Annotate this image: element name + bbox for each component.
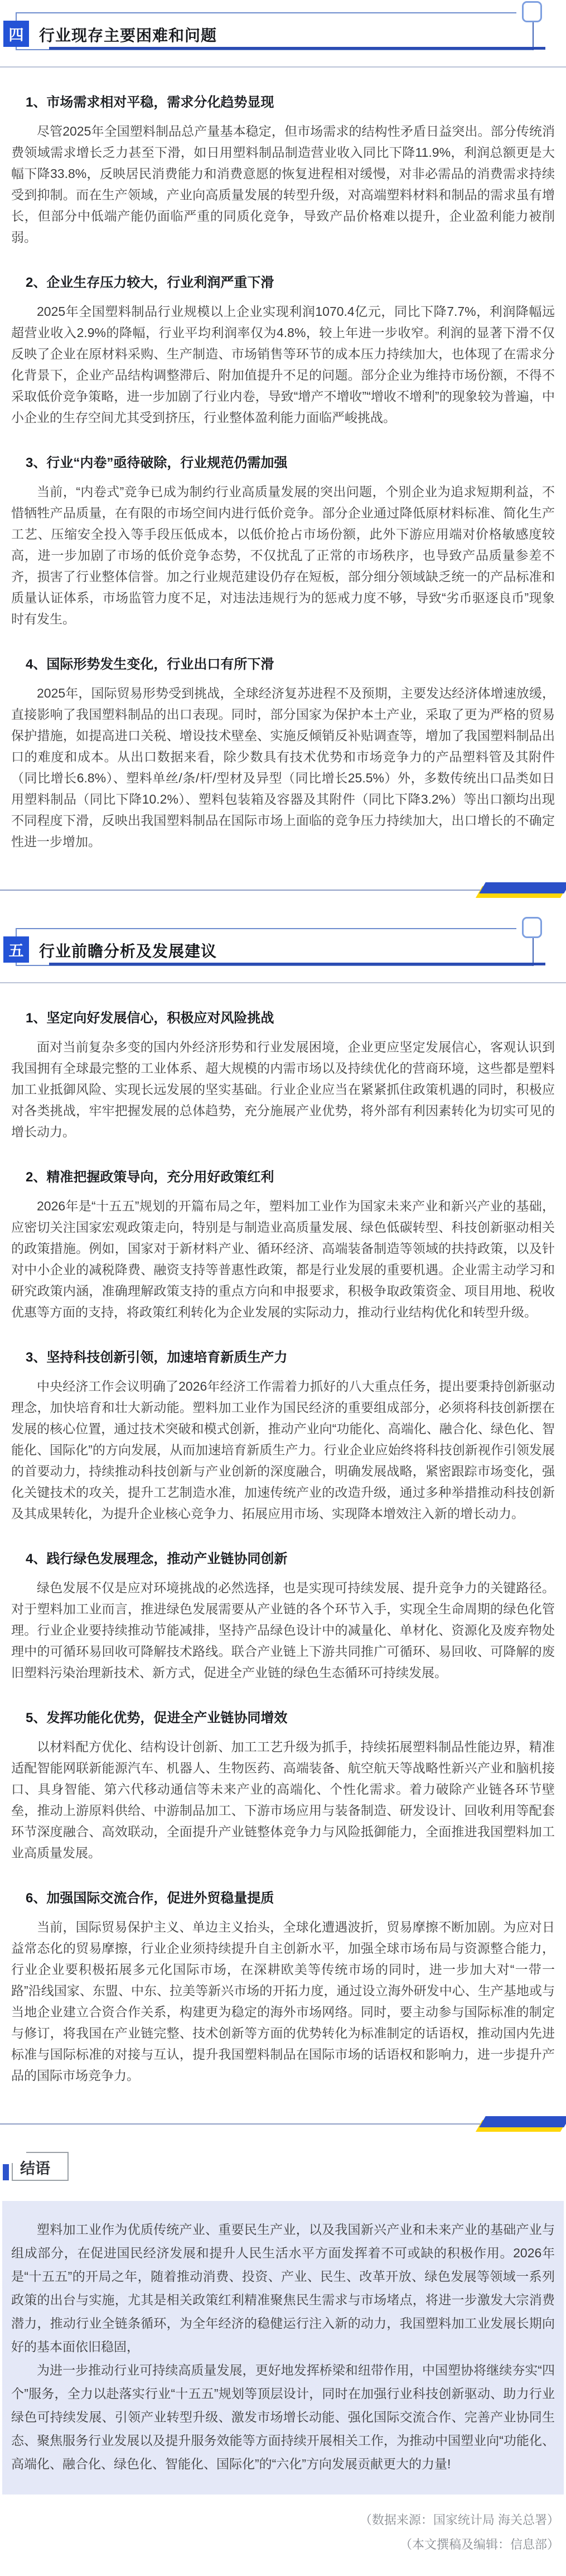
spacer bbox=[0, 900, 566, 916]
subsection-heading: 4、践行绿色发展理念，推动产业链协同创新 bbox=[26, 1547, 555, 1567]
paragraph: 绿色发展不仅是应对环境挑战的必然选择，也是实现可持续发展、提升竞争力的关键路径。… bbox=[11, 1577, 555, 1683]
footer-source: （数据来源：国家统计局 海关总署） bbox=[0, 2508, 559, 2532]
conclusion-paragraph: 为进一步推动行业可持续高质量发展，更好地发挥桥梁和纽带作用，中国塑协将继续夯实“… bbox=[11, 2358, 555, 2476]
frame-line bbox=[533, 938, 534, 966]
section-divider bbox=[0, 881, 566, 900]
frame-gap bbox=[11, 2151, 14, 2163]
section4-header: 四 行业现存主要困难和问题 bbox=[0, 0, 566, 60]
article-footer: （数据来源：国家统计局 海关总署） （本文撰稿及编辑：信息部） bbox=[0, 2508, 559, 2557]
horizontal-rule bbox=[0, 982, 566, 983]
paragraph: 2026年是“十五五”规划的开篇布局之年，塑料加工业作为国家未来产业和新兴产业的… bbox=[11, 1195, 555, 1323]
paragraph: 当前，“内卷式”竞争已成为制约行业高质量发展的突出问题，个别企业为追求短期利益，… bbox=[11, 481, 555, 629]
divider-blue-accent bbox=[479, 2116, 566, 2127]
frame-line bbox=[16, 12, 516, 13]
horizontal-rule bbox=[0, 66, 566, 68]
conclusion-box: 塑料加工业作为优质传统产业、重要民生产业，以及我国新兴产业和未来产业的基础产业与… bbox=[2, 2201, 564, 2495]
subsection-heading: 2、企业生存压力较大，行业利润严重下滑 bbox=[26, 271, 555, 291]
section-divider bbox=[0, 2115, 566, 2134]
subsection-heading: 5、发挥功能化优势，促进全产业链协同增效 bbox=[26, 1707, 555, 1726]
paragraph: 中央经济工作会议明确了2026年经济工作需着力抓好的八大重点任务，提出要秉持创新… bbox=[11, 1376, 555, 1524]
section-title: 行业现存主要困难和问题 bbox=[39, 23, 217, 46]
conclusion-title: 结语 bbox=[20, 2156, 50, 2178]
paragraph: 2025年全国塑料制品行业规模以上企业实现利润1070.4亿元，同比下降7.7%… bbox=[11, 301, 555, 428]
paragraph: 2025年，国际贸易形势受到挑战，全球经济复苏进程不及预期，主要发达经济体增速放… bbox=[11, 683, 555, 852]
conclusion-blue-bar bbox=[3, 2164, 9, 2180]
conclusion-header: 结语 bbox=[0, 2144, 566, 2192]
section-number-badge: 四 bbox=[3, 21, 29, 47]
section-title: 行业前瞻分析及发展建议 bbox=[39, 939, 217, 962]
paragraph: 当前，国际贸易保护主义、单边主义抬头，全球化遭遇波折，贸易摩擦不断加剧。为应对日… bbox=[11, 1916, 555, 2086]
corner-box-icon bbox=[522, 917, 542, 938]
subsection-heading: 3、行业“内卷”亟待破除，行业规范仍需加强 bbox=[26, 451, 555, 471]
subsection-heading: 2、精准把握政策导向，充分用好政策红利 bbox=[26, 1166, 555, 1185]
paragraph: 尽管2025年全国塑料制品总产量基本稳定，但市场需求的结构性矛盾日益突出。部分传… bbox=[11, 121, 555, 248]
corner-box-icon bbox=[522, 1, 542, 22]
article-page: 四 行业现存主要困难和问题 1、市场需求相对平稳，需求分化趋势显现 尽管2025… bbox=[0, 0, 566, 2557]
divider-rule bbox=[0, 2123, 481, 2125]
subsection-heading: 6、加强国际交流合作，促进外贸稳量提质 bbox=[26, 1887, 555, 1906]
subsection-heading: 1、坚定向好发展信心，积极应对风险挑战 bbox=[26, 1007, 555, 1026]
conclusion-paragraph: 塑料加工业作为优质传统产业、重要民生产业，以及我国新兴产业和未来产业的基础产业与… bbox=[11, 2218, 555, 2358]
section5-header: 五 行业前瞻分析及发展建议 bbox=[0, 916, 566, 976]
footer-editor: （本文撰稿及编辑：信息部） bbox=[0, 2532, 559, 2557]
divider-blue-accent bbox=[479, 882, 566, 893]
frame-line bbox=[533, 22, 534, 50]
paragraph: 面对当前复杂多变的国内外经济形势和行业发展困境，企业更应坚定发展信心，客观认识到… bbox=[11, 1036, 555, 1142]
divider-rule bbox=[0, 890, 481, 891]
title-underline bbox=[49, 47, 545, 50]
section-number-badge: 五 bbox=[3, 936, 29, 963]
subsection-heading: 4、国际形势发生变化，行业出口有所下滑 bbox=[26, 653, 555, 672]
subsection-heading: 3、坚持科技创新引领，加速培育新质生产力 bbox=[26, 1346, 555, 1366]
section5-body: 1、坚定向好发展信心，积极应对风险挑战 面对当前复杂多变的国内外经济形势和行业发… bbox=[0, 1007, 566, 2086]
subsection-heading: 1、市场需求相对平稳，需求分化趋势显现 bbox=[26, 91, 555, 110]
title-underline bbox=[49, 963, 545, 965]
paragraph: 以材料配方优化、结构设计创新、加工工艺升级为抓手，持续拓展塑料制品性能边界，精准… bbox=[11, 1736, 555, 1863]
frame-line bbox=[16, 928, 516, 929]
section4-body: 1、市场需求相对平稳，需求分化趋势显现 尽管2025年全国塑料制品总产量基本稳定… bbox=[0, 91, 566, 852]
